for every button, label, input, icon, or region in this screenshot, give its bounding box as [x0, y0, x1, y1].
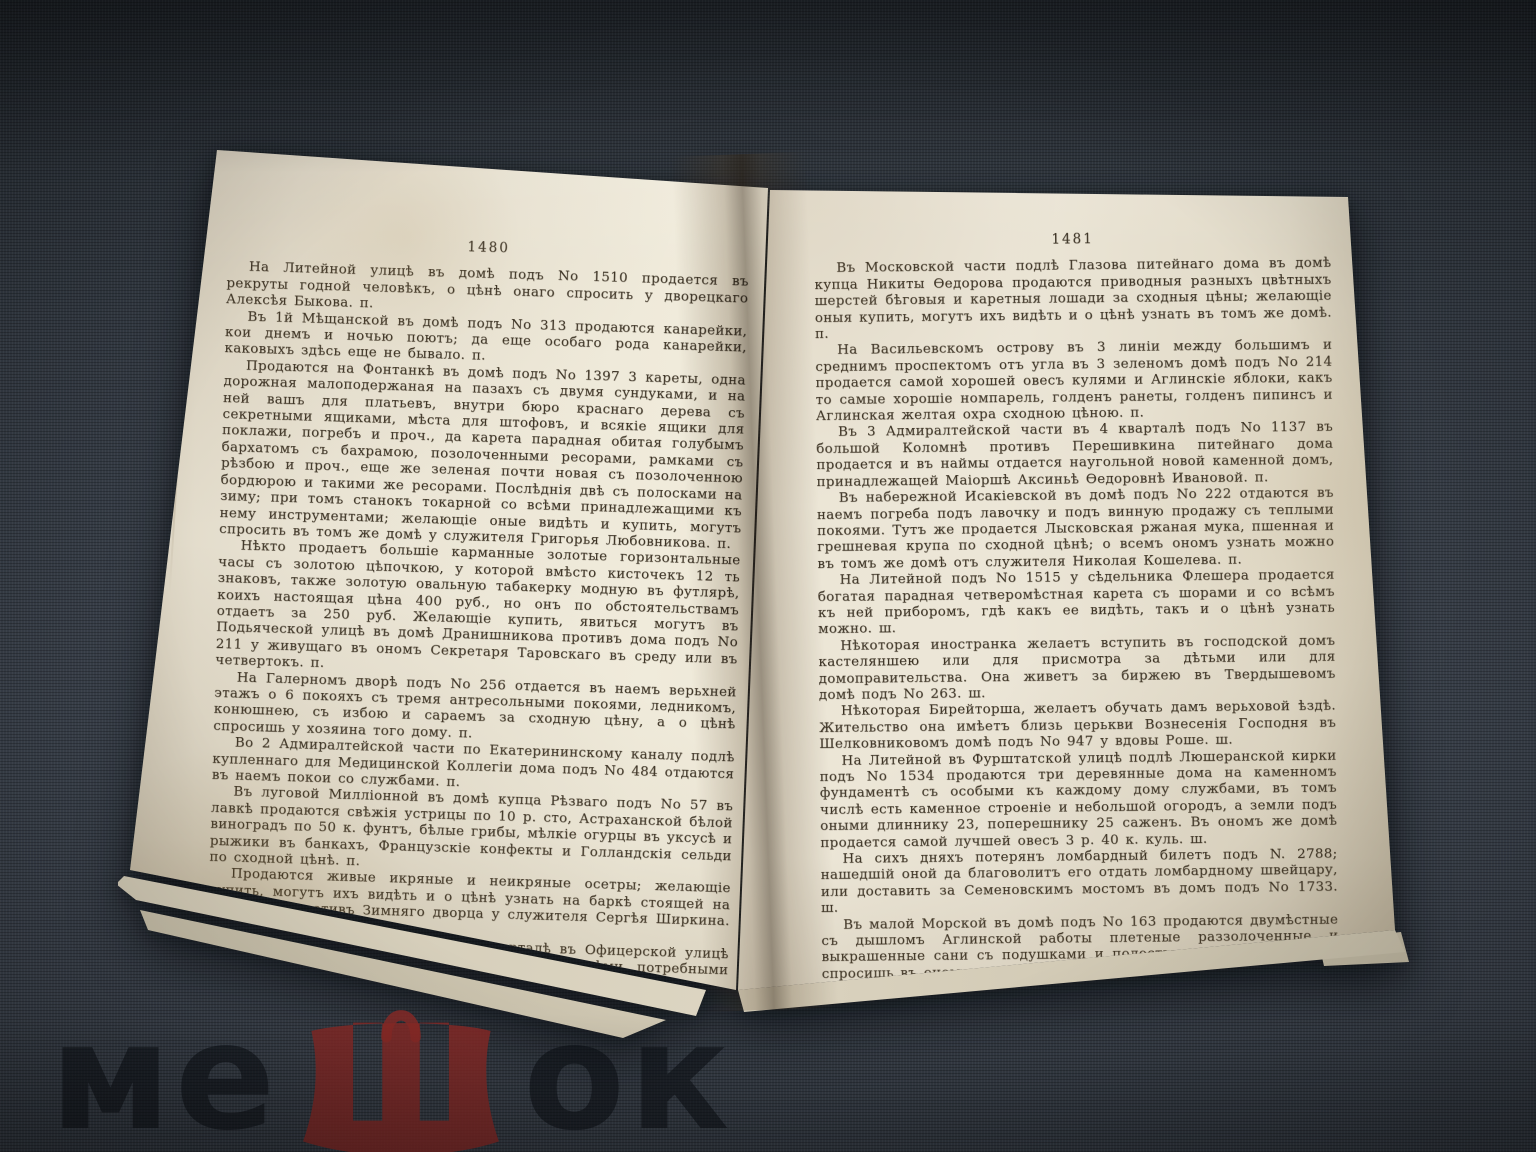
- advert-paragraph: На Литейной въ Фурштатской улицѣ подлѣ Л…: [819, 748, 1337, 852]
- photograph-of-open-book: 1480 На Литейной улицѣ въ домѣ подъ No 1…: [0, 0, 1536, 1152]
- advert-paragraph: Въ Московской части подлѣ Глазова питейн…: [814, 256, 1332, 343]
- advert-paragraph: Въ набережной Исакіевской въ домѣ подъ N…: [817, 486, 1335, 573]
- advert-paragraph: Нѣкоторая иностранка желаетъ вступить въ…: [818, 633, 1336, 704]
- left-page-text: 1480 На Литейной улицѣ въ домѣ подъ No 1…: [206, 232, 750, 996]
- book-page-stack: 1480 На Литейной улицѣ въ домѣ подъ No 1…: [118, 128, 1418, 1038]
- advert-paragraph: На сихъ дняхъ потерянъ ломбардный билетъ…: [820, 847, 1338, 918]
- advert-paragraph: Нѣкто продаетъ большіе карманные золотые…: [215, 538, 741, 685]
- advert-paragraph: На Литейной подъ No 1515 у сѣдельника Фл…: [818, 568, 1336, 639]
- advert-paragraph: На Васильевскомъ острову въ 3 линіи межд…: [815, 338, 1333, 425]
- advert-paragraph: Нѣкоторая Бирейторша, желаетъ обучать да…: [819, 699, 1336, 754]
- left-page-number: 1480: [228, 232, 750, 264]
- advert-paragraph: Въ 3 Адмиралтейской части въ 4 кварталѣ …: [816, 420, 1334, 491]
- right-page-text: 1481 Въ Московской части подлѣ Глазова п…: [814, 229, 1339, 984]
- open-book: 1480 На Литейной улицѣ въ домѣ подъ No 1…: [118, 128, 1418, 1038]
- advert-paragraph: Продаются на Фонтанкѣ въ домѣ подъ No 13…: [219, 358, 746, 554]
- advert-paragraph: Въ луговой Милліонной въ домѣ купца Рѣзв…: [209, 784, 733, 881]
- page-crease: [169, 154, 198, 593]
- right-page-number: 1481: [814, 229, 1331, 251]
